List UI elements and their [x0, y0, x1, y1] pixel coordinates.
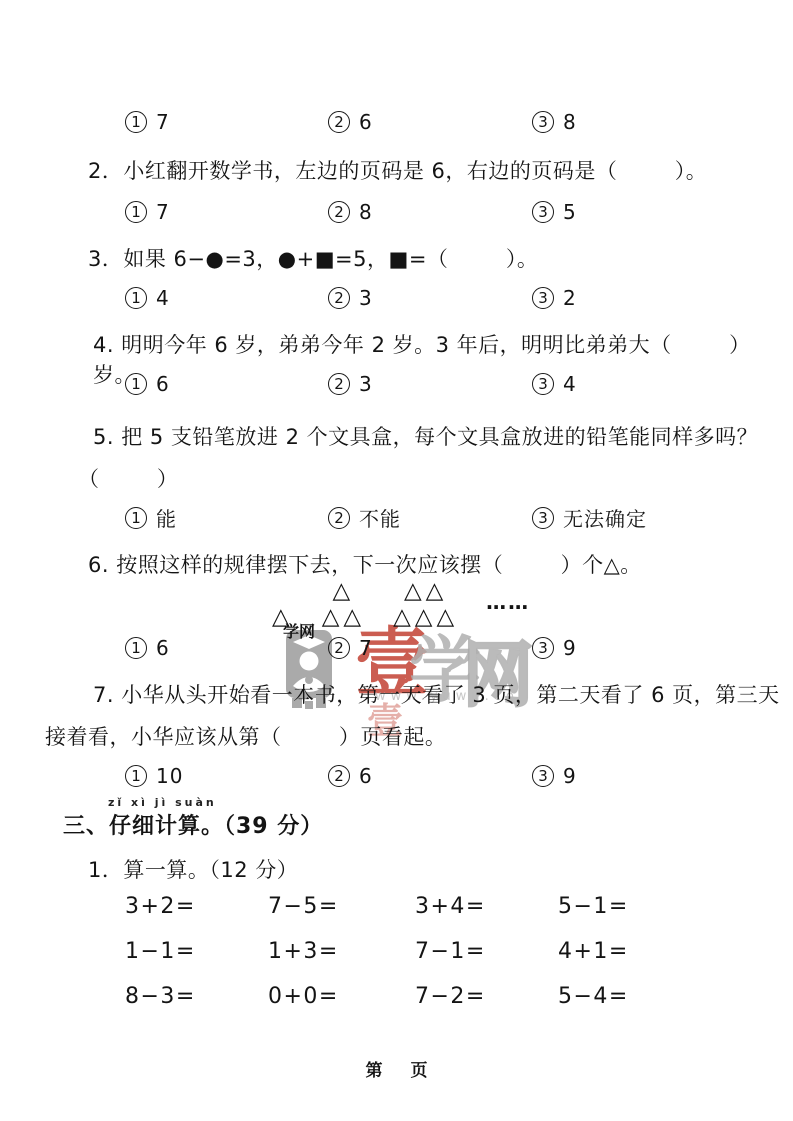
circled-number-icon: 2	[328, 287, 350, 309]
calc-expression: 1+3=	[268, 939, 339, 964]
circled-number-icon: 1	[125, 287, 147, 309]
pattern-group-2: △ △△	[322, 578, 365, 630]
calc-expression: 5−4=	[558, 984, 629, 1009]
option-value: 8	[359, 200, 373, 224]
option-1: 16	[125, 636, 170, 660]
section-3-title: 三、仔细计算。（39 分）	[63, 809, 323, 840]
option-value: 7	[359, 636, 373, 660]
question-2-text: 2．小红翻开数学书，左边的页码是 6，右边的页码是（ ）。	[88, 156, 707, 186]
question-4-options-row: 16 23 34	[0, 372, 793, 400]
option-value: 能	[156, 503, 177, 532]
calc-expression: 3+4=	[415, 894, 486, 919]
option-value: 6	[359, 110, 373, 134]
option-3: 38	[532, 110, 577, 134]
option-value: 4	[563, 372, 577, 396]
circled-number-icon: 2	[328, 637, 350, 659]
question-5-options-row: 1能 2不能 3无法确定	[0, 503, 793, 531]
option-2: 28	[328, 200, 373, 224]
option-value: 无法确定	[563, 503, 647, 532]
calc-expression: 5−1=	[558, 894, 629, 919]
option-1: 17	[125, 110, 170, 134]
option-value: 6	[359, 764, 373, 788]
triangle-row: △	[272, 604, 294, 630]
option-2: 23	[328, 372, 373, 396]
ellipsis-dots: ……	[486, 590, 530, 614]
option-3: 39	[532, 636, 577, 660]
question-7-text-line2: 接着看，小华应该从第（ ）页看起。	[45, 722, 446, 752]
option-2: 2不能	[328, 503, 401, 532]
calc-expression: 4+1=	[558, 939, 629, 964]
circled-number-icon: 3	[532, 637, 554, 659]
triangle-row: △△	[322, 604, 365, 630]
question-1-options-row: 17 26 38	[0, 110, 793, 138]
option-value: 5	[563, 200, 577, 224]
option-1: 17	[125, 200, 170, 224]
circled-number-icon: 1	[125, 201, 147, 223]
option-1: 14	[125, 286, 170, 310]
circled-number-icon: 1	[125, 373, 147, 395]
option-3: 39	[532, 764, 577, 788]
triangle-row: △△△	[393, 604, 458, 630]
option-value: 2	[563, 286, 577, 310]
option-value: 9	[563, 764, 577, 788]
circled-number-icon: 3	[532, 507, 554, 529]
worksheet-page: 壹 学 网 www.yuwu.co 壹 学网 17 26 38 2．小红翻开数学…	[0, 0, 793, 1121]
circled-number-icon: 3	[532, 201, 554, 223]
circled-number-icon: 3	[532, 287, 554, 309]
question-2-options-row: 17 28 35	[0, 200, 793, 228]
question-5-text: 5. 把 5 支铅笔放进 2 个文具盒，每个文具盒放进的铅笔能同样多吗？	[93, 422, 758, 452]
calc-expression: 7−1=	[415, 939, 486, 964]
option-1: 110	[125, 764, 183, 788]
question-6-text: 6. 按照这样的规律摆下去，下一次应该摆（ ）个△。	[88, 550, 642, 580]
circled-number-icon: 2	[328, 373, 350, 395]
option-value: 4	[156, 286, 170, 310]
pattern-group-1: △	[272, 578, 294, 630]
question-6-options-row: 16 27 39	[0, 636, 793, 664]
option-1: 1能	[125, 503, 177, 532]
option-3: 32	[532, 286, 577, 310]
triangle-row: △	[333, 578, 355, 604]
calc-expression: 1−1=	[125, 939, 196, 964]
option-2: 26	[328, 764, 373, 788]
section-3-pinyin: zǐ xì jì suàn	[108, 796, 217, 809]
option-value: 3	[359, 372, 373, 396]
page-footer: 第 页	[0, 1056, 793, 1081]
circled-number-icon: 3	[532, 765, 554, 787]
circled-number-icon: 2	[328, 201, 350, 223]
calc-subsection-heading: 1．算一算。（12 分）	[88, 855, 298, 885]
circled-number-icon: 2	[328, 507, 350, 529]
option-value: 3	[359, 286, 373, 310]
circled-number-icon: 1	[125, 765, 147, 787]
circled-number-icon: 2	[328, 765, 350, 787]
option-value: 7	[156, 200, 170, 224]
question-7-options-row: 110 26 39	[0, 764, 793, 792]
option-2: 27	[328, 636, 373, 660]
circled-number-icon: 3	[532, 373, 554, 395]
footer-page-prefix: 第	[366, 1056, 383, 1081]
footer-page-suffix: 页	[411, 1056, 428, 1081]
calc-expression: 7−2=	[415, 984, 486, 1009]
option-3: 35	[532, 200, 577, 224]
option-2: 26	[328, 110, 373, 134]
triangle-row: △△	[404, 578, 447, 604]
option-value: 10	[156, 764, 183, 788]
calc-expression: 0+0=	[268, 984, 339, 1009]
option-value: 6	[156, 636, 170, 660]
option-3: 3无法确定	[532, 503, 647, 532]
calc-expression: 8−3=	[125, 984, 196, 1009]
calc-expression: 7−5=	[268, 894, 339, 919]
question-5-answer-paren: （ ）	[78, 464, 178, 494]
question-7-text-line1: 7. 小华从头开始看一本书，第一天看了 3 页，第二天看了 6 页，第三天	[93, 680, 780, 710]
circled-number-icon: 1	[125, 111, 147, 133]
option-value: 7	[156, 110, 170, 134]
circled-number-icon: 2	[328, 111, 350, 133]
option-2: 23	[328, 286, 373, 310]
calc-expression: 3+2=	[125, 894, 196, 919]
circled-number-icon: 1	[125, 637, 147, 659]
circled-number-icon: 3	[532, 111, 554, 133]
option-value: 不能	[359, 503, 401, 532]
option-1: 16	[125, 372, 170, 396]
option-value: 6	[156, 372, 170, 396]
option-value: 8	[563, 110, 577, 134]
question-3-text: 3．如果 6−●=3，●+■=5，■=（ ）。	[88, 244, 538, 274]
circled-number-icon: 1	[125, 507, 147, 529]
question-3-options-row: 14 23 32	[0, 286, 793, 314]
pattern-group-3: △△ △△△	[393, 578, 458, 630]
triangle-pattern: △ △ △△ △△ △△△ ……	[272, 578, 530, 630]
option-value: 9	[563, 636, 577, 660]
option-3: 34	[532, 372, 577, 396]
